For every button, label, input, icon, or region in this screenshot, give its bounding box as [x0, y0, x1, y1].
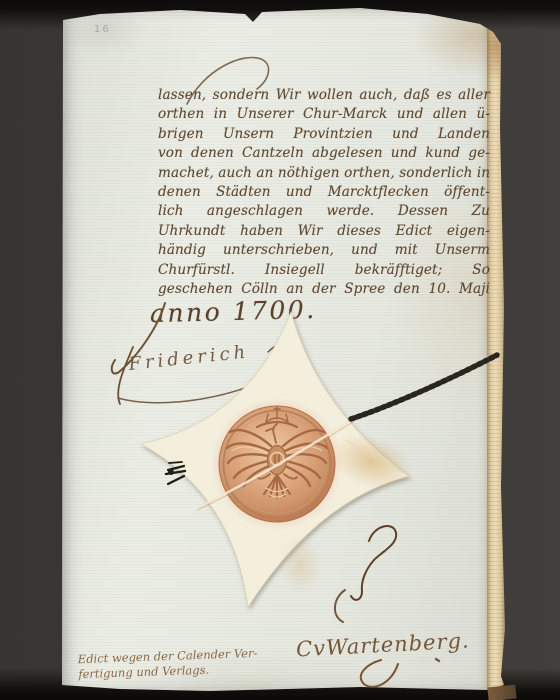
manuscript-line: geschehen Cölln an der Spree den 10. Maj…	[158, 280, 490, 299]
manuscript-text-block: lassen, sondern Wir wollen auch, daß es …	[158, 86, 490, 299]
manuscript-line: lassen, sondern Wir wollen auch, daß es …	[158, 86, 490, 105]
manuscript-line: Uhrkundt haben Wir dieses Edict eigen-	[158, 222, 490, 241]
manuscript-line: orthen in Unserer Chur-Marck und allen ü…	[158, 105, 490, 124]
manuscript-line: von denen Cantzeln abgelesen und kund ge…	[158, 144, 490, 163]
manuscript-line: händig unterschrieben, und mit Unserm	[158, 241, 490, 260]
manuscript-line: lich angeschlagen werde. Dessen Zu	[158, 202, 490, 221]
manuscript-line: machet, auch an nöthigen orthen, sonderl…	[158, 164, 490, 183]
folio-number: 16	[94, 24, 111, 35]
manuscript-page: 16 lassen, sondern Wir wollen auch, daß …	[60, 8, 506, 694]
photographed-manuscript: 16 lassen, sondern Wir wollen auch, daß …	[0, 0, 560, 700]
manuscript-line: denen Städten und Marcktflecken öffent-	[158, 183, 490, 202]
date-line: anno 1700.	[150, 295, 317, 328]
manuscript-line: Churfürstl. Insiegell bekräfftiget; So	[158, 261, 490, 280]
book-corner	[487, 685, 516, 700]
manuscript-line: brigen Unsern Provintzien und Landen	[158, 125, 490, 144]
